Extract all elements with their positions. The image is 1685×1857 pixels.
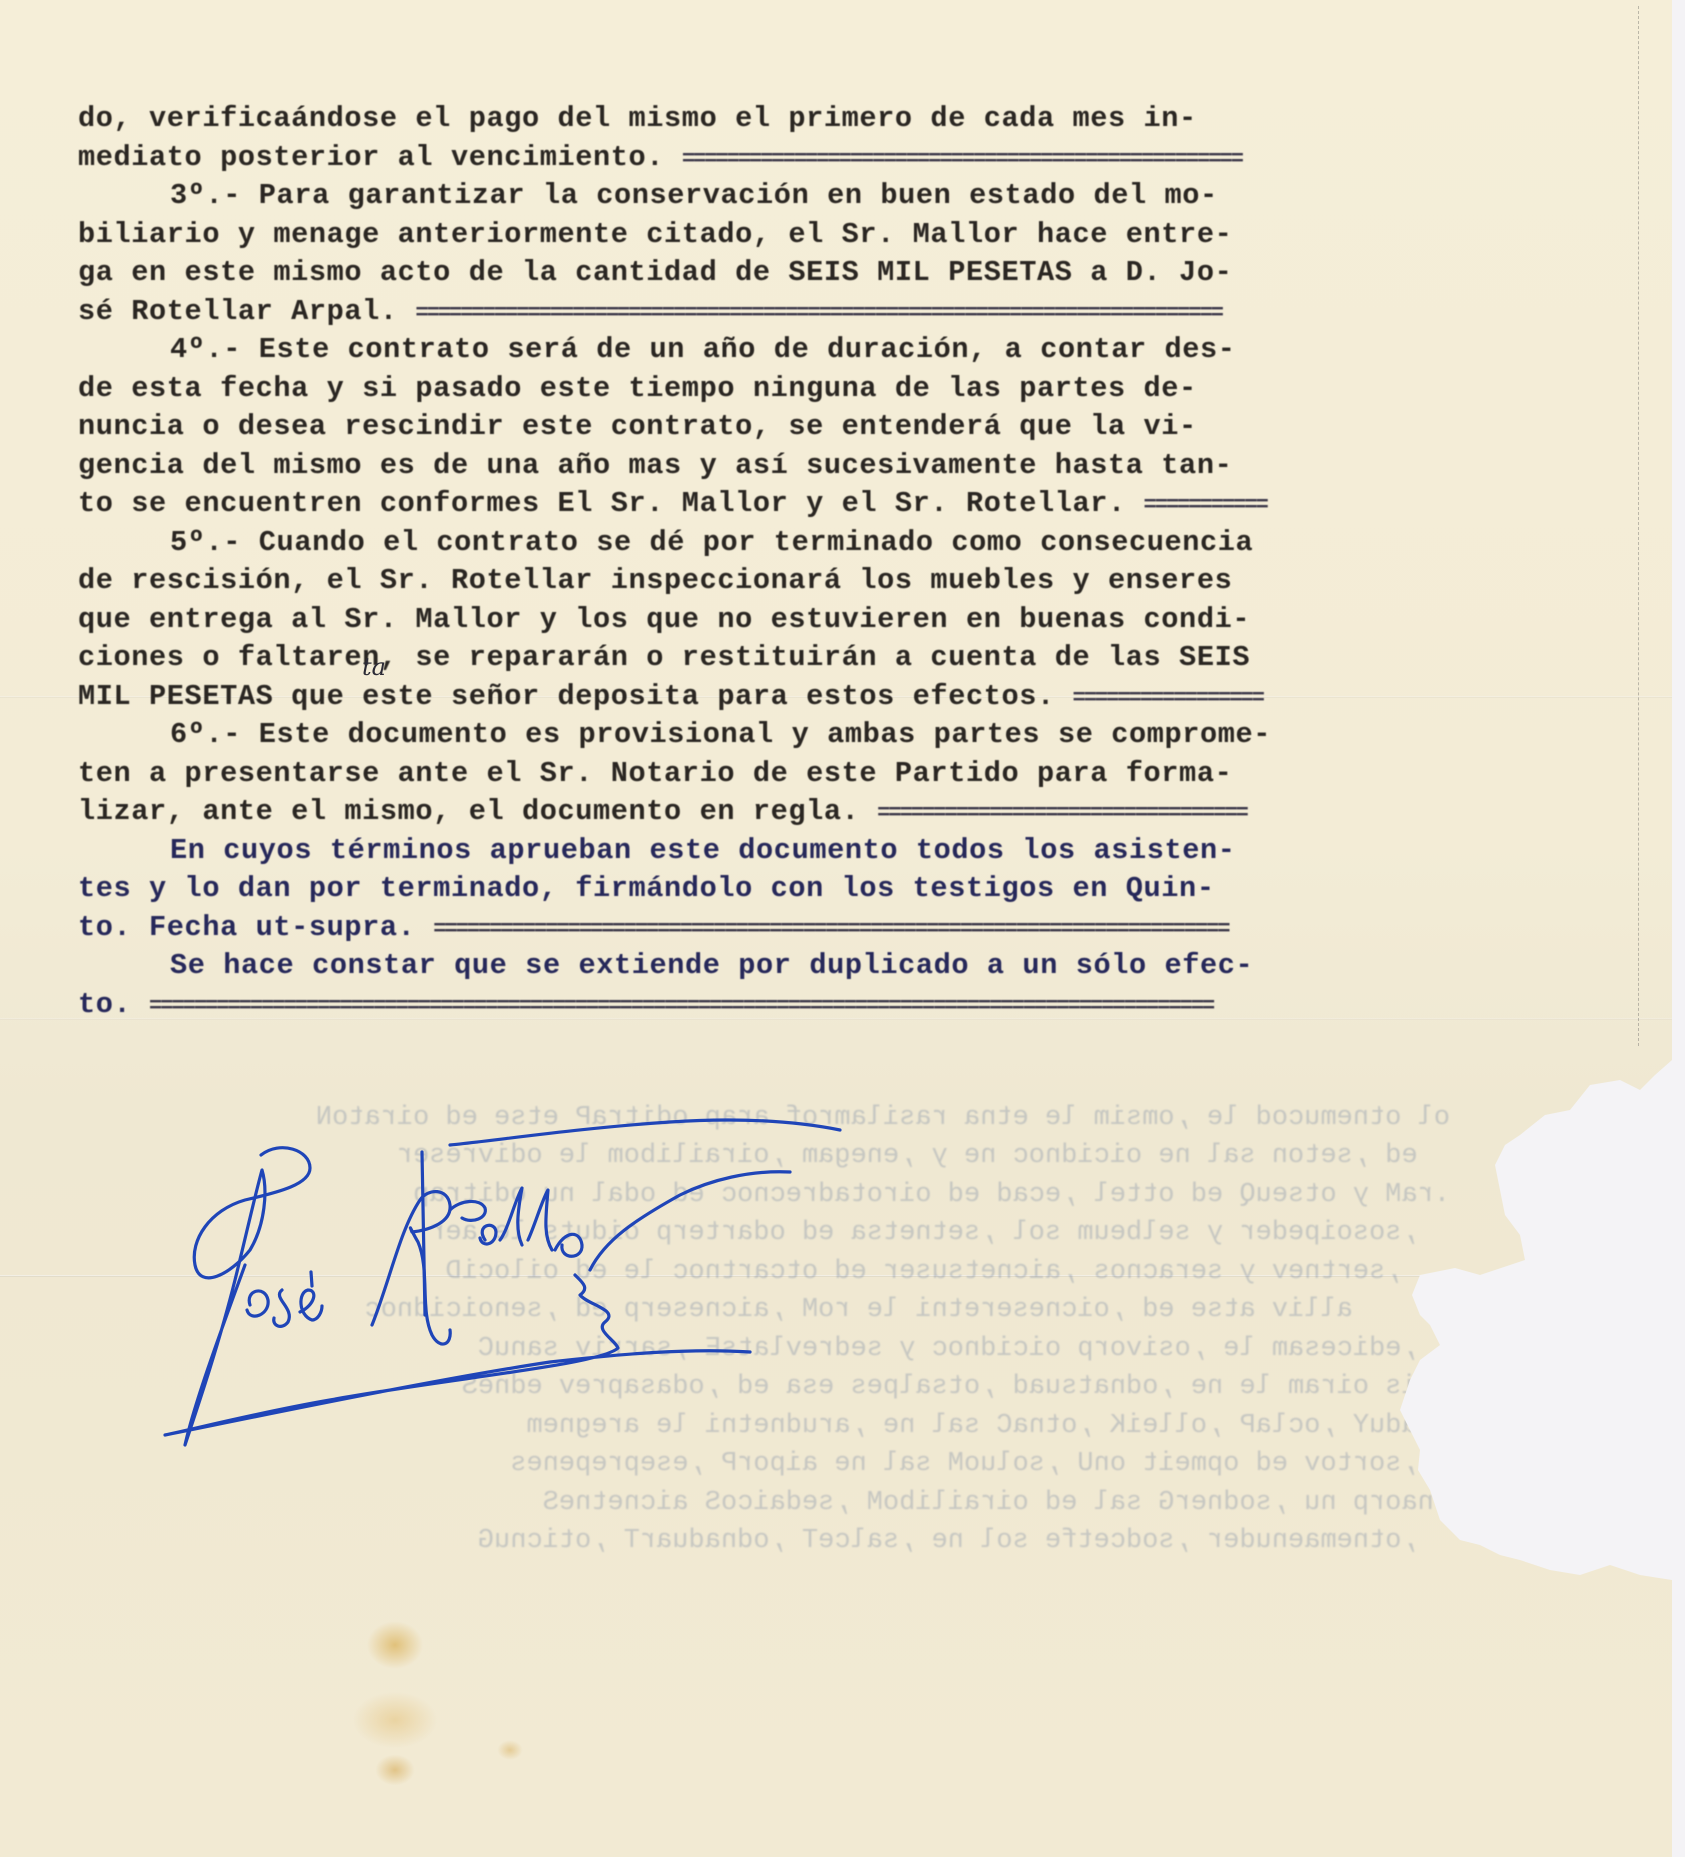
typed-line: de esta fecha y si pasado este tiempo ni… <box>78 370 1418 409</box>
typed-line: to. Fecha ut-supra. ====================… <box>78 909 1418 948</box>
signature-stroke <box>150 1100 850 1520</box>
line-text: 6º.- Este documento es provisional y amb… <box>170 718 1271 751</box>
typed-line: 6º.- Este documento es provisional y amb… <box>78 716 1418 755</box>
line-text: de rescisión, el Sr. Rotellar inspeccion… <box>78 564 1232 597</box>
typed-line: de rescisión, el Sr. Rotellar inspeccion… <box>78 562 1418 601</box>
line-text: do, verificaándose el pago del mismo el … <box>78 102 1197 135</box>
typed-line: biliario y menage anteriormente citado, … <box>78 216 1418 255</box>
line-text: gencia del mismo es de una año mas y así… <box>78 449 1232 482</box>
typed-line: ciones o faltaren, se repararán o restit… <box>78 639 1418 678</box>
typed-line: lizar, ante el mismo, el documento en re… <box>78 793 1418 832</box>
typed-line: 5º.- Cuando el contrato se dé por termin… <box>78 524 1418 563</box>
line-text: 4º.- Este contrato será de un año de dur… <box>170 333 1236 366</box>
line-text: 3º.- Para garantizar la conservación en … <box>170 179 1218 212</box>
line-text: biliario y menage anteriormente citado, … <box>78 218 1232 251</box>
typed-line: ga en este mismo acto de la cantidad de … <box>78 254 1418 293</box>
fill-rule: ========================================… <box>149 994 1213 1019</box>
line-text: mediato posterior al vencimiento. <box>78 141 682 174</box>
typed-line: que entrega al Sr. Mallor y los que no e… <box>78 601 1418 640</box>
fill-rule: =========== <box>1144 493 1267 518</box>
margin-line <box>1638 6 1639 1046</box>
typed-line: 3º.- Para garantizar la conservación en … <box>78 177 1418 216</box>
line-text: que entrega al Sr. Mallor y los que no e… <box>78 603 1250 636</box>
fill-rule: ================================= <box>877 801 1247 826</box>
line-text: MIL PESETAS que este señor deposita para… <box>78 680 1073 713</box>
typed-line: to se encuentren conformes El Sr. Mallor… <box>78 485 1418 524</box>
contract-body: do, verificaándose el pago del mismo el … <box>78 100 1418 1024</box>
typed-line: tes y lo dan por terminado, firmándolo c… <box>78 870 1418 909</box>
line-text: ga en este mismo acto de la cantidad de … <box>78 256 1232 289</box>
typed-line: ten a presentarse ante el Sr. Notario de… <box>78 755 1418 794</box>
typed-line: mediato posterior al vencimiento. ======… <box>78 139 1418 178</box>
line-text: sé Rotellar Arpal. <box>78 295 415 328</box>
fill-rule: ================= <box>1073 686 1263 711</box>
line-text: ciones o faltaren, se repararán o restit… <box>78 641 1250 674</box>
typed-line: sé Rotellar Arpal. =====================… <box>78 293 1418 332</box>
typed-line: do, verificaándose el pago del mismo el … <box>78 100 1418 139</box>
line-text: to. Fecha ut-supra. <box>78 911 433 944</box>
fill-rule: ========================================… <box>433 917 1228 942</box>
signature: José Rotellar <box>150 1100 850 1525</box>
line-text: Se hace constar que se extiende por dupl… <box>170 949 1253 982</box>
typed-line: MIL PESETAS que este señor deposita para… <box>78 678 1418 717</box>
fill-rule: ========================================… <box>682 147 1242 172</box>
typed-line: to. ====================================… <box>78 986 1418 1025</box>
typed-line: 4º.- Este contrato será de un año de dur… <box>78 331 1418 370</box>
line-text: to. <box>78 988 149 1021</box>
line-text: de esta fecha y si pasado este tiempo ni… <box>78 372 1197 405</box>
fill-rule: ========================================… <box>415 301 1222 326</box>
line-text: to se encuentren conformes El Sr. Mallor… <box>78 487 1144 520</box>
line-text: tes y lo dan por terminado, firmándolo c… <box>78 872 1215 905</box>
paper-page: ol otnemucod le ,omsim le etna rasilamro… <box>0 0 1685 1857</box>
handwritten-correction: ta <box>362 653 386 681</box>
line-text: lizar, ante el mismo, el documento en re… <box>78 795 877 828</box>
line-text: 5º.- Cuando el contrato se dé por termin… <box>170 526 1253 559</box>
line-text: nuncia o desea rescindir este contrato, … <box>78 410 1197 443</box>
typed-line: gencia del mismo es de una año mas y así… <box>78 447 1418 486</box>
line-text: En cuyos términos aprueban este document… <box>170 834 1236 867</box>
typed-line: nuncia o desea rescindir este contrato, … <box>78 408 1418 447</box>
typed-line: Se hace constar que se extiende por dupl… <box>78 947 1418 986</box>
line-text: ten a presentarse ante el Sr. Notario de… <box>78 757 1232 790</box>
typed-line: En cuyos términos aprueban este document… <box>78 832 1418 871</box>
